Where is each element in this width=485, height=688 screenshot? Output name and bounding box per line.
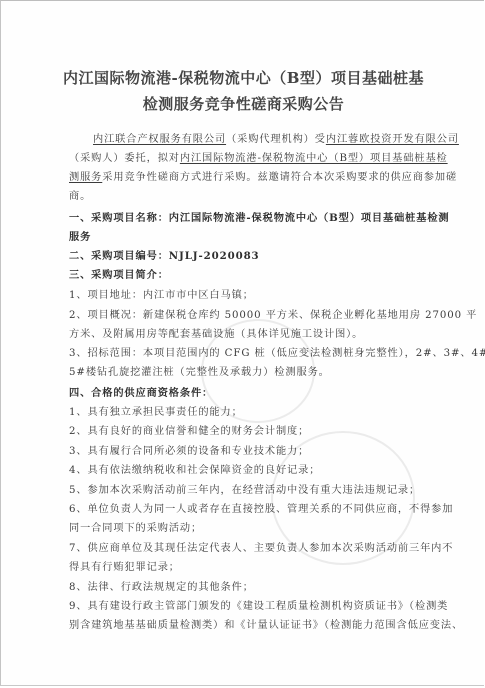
intro-tail: 采用竞争性磋商方式进行采购。兹邀请符合本次采购要求的供应商参加磋 <box>102 172 457 183</box>
intro-line3: 测服务采用竞争性磋商方式进行采购。兹邀请符合本次采购要求的供应商参加磋 <box>69 171 457 185</box>
qualification-item: 9、具有建设行政主管部门颁发的《建设工程质量检测机构资质证书》（检测类 <box>69 600 448 614</box>
purchaser-name: 内江蓉欧投资开发有限公司 <box>326 134 459 145</box>
document-title-line2: 检测服务竞争性磋商采购公告 <box>1 93 485 114</box>
qualification-item: 4、具有依法缴纳税收和社会保障资金的良好记录； <box>69 464 320 478</box>
section3-heading: 三、采购项目简介： <box>69 268 169 282</box>
purchaser-role: （采购人）委托，拟对 <box>69 153 180 164</box>
section3-item3-line2: 5#楼钻孔旋挖灌注桩（完整性及承载力）检测服务。 <box>69 366 330 380</box>
section3-item2-line2: 方米、及附属用房等配套基础设施（具体详见施工设计图）。 <box>69 328 363 342</box>
qualification-item-cont: 别含建筑地基基础质量检测类）和《计量认证证书》（检测能力范围含低应变法、 <box>69 619 463 633</box>
section2-project-number: 二、采购项目编号：NJLJ-2020083 <box>69 249 260 263</box>
qualification-item-cont: 得具有行贿犯罪记录； <box>69 561 180 575</box>
document-title-line1: 内江国际物流港-保税物流中心（B型）项目基础桩基 <box>1 67 485 88</box>
qualification-item: 2、具有良好的商业信誉和健全的财务会计制度； <box>69 425 309 439</box>
qualification-item-cont: 同一合同项下的采购活动； <box>69 522 202 536</box>
intro-line4: 商。 <box>69 190 91 204</box>
qualification-item: 8、法律、行政法规规定的其他条件； <box>69 581 254 595</box>
qualification-item: 1、具有独立承担民事责任的能力； <box>69 406 243 420</box>
project-name-part1: 内江国际物流港-保税物流中心（B型）项目基础桩基检 <box>180 153 448 164</box>
section1-line1: 一、采购项目名称：内江国际物流港-保税物流中心（B型）项目基础桩基检测 <box>69 211 450 225</box>
section3-item2-line1: 2、项目概况：新建保税仓库约 50000 平方米、保税企业孵化基地用房 2700… <box>69 309 477 323</box>
qualification-item: 6、单位负责人为同一人或者存在直接控股、管理关系的不同供应商，不得参加 <box>69 503 453 517</box>
intro-line1: 内江联合产权服务有限公司（采购代理机构）受内江蓉欧投资开发有限公司 <box>93 133 459 147</box>
project-name-part2: 测服务 <box>69 172 102 183</box>
agency-name: 内江联合产权服务有限公司 <box>93 134 226 145</box>
document-page: 内江国际物流港-保税物流中心（B型）项目基础桩基 检测服务竞争性磋商采购公告 内… <box>0 0 484 686</box>
section4-heading: 四、合格的供应商资格条件： <box>69 386 213 400</box>
section3-item1: 1、项目地址：内江市市中区白马镇； <box>69 289 254 303</box>
section3-item3-line1: 3、招标范围：本项目范围内的 CFG 桩（低应变法检测桩身完整性），2#、3#、… <box>69 347 485 361</box>
qualification-item: 3、具有履行合同所必须的设备和专业技术能力； <box>69 445 309 459</box>
intro-line2: （采购人）委托，拟对内江国际物流港-保税物流中心（B型）项目基础桩基检 <box>69 152 448 166</box>
qualification-item: 5、参加本次采购活动前三年内，在经营活动中没有重大违法违规记录； <box>69 484 420 498</box>
section1-line2: 服务 <box>69 230 91 244</box>
agency-role: （采购代理机构）受 <box>226 134 326 145</box>
qualification-item: 7、供应商单位及其现任法定代表人、主要负责人参加本次采购活动前三年内不 <box>69 542 453 556</box>
